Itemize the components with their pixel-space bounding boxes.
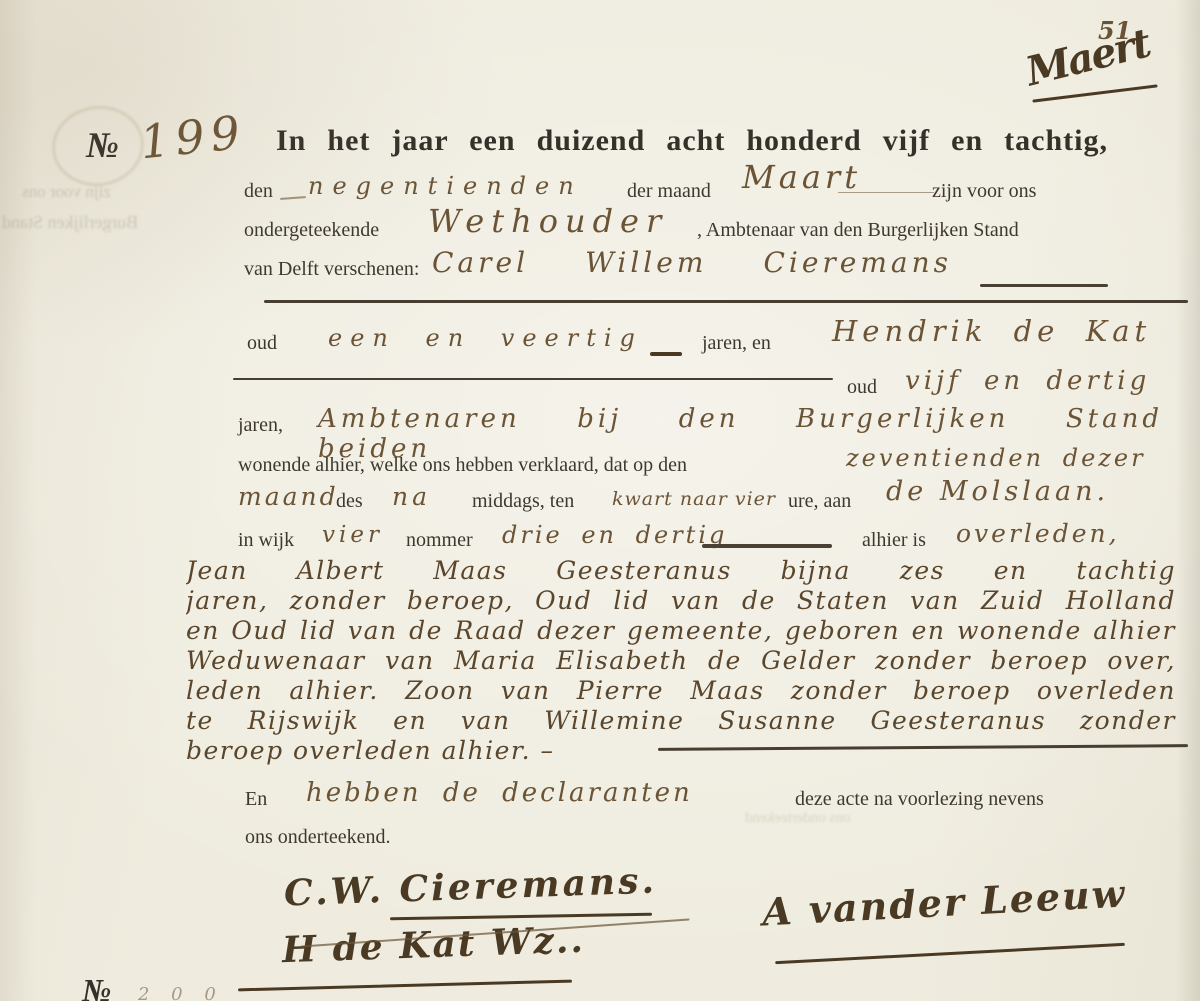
handwritten-time: kwart naar vier [612,488,776,510]
handwritten-housenumber: drie en dertig [502,521,727,549]
printed-text: wonende alhier, welke ons hebben verklaa… [238,454,687,477]
printed-text: oud [847,376,877,399]
next-record-number-symbol: № [82,972,111,1001]
record-number-value: 199 [137,105,248,170]
printed-text: middags, ten [472,490,574,513]
signature-underline [390,913,652,921]
printed-text: ondergeteekende [244,219,379,242]
printed-text: En [245,788,267,811]
death-certificate-page: zijn voor ons Burgerlijken Stand ons ond… [0,0,1200,1001]
deceased-line: Jean Albert Maas Geesteranus bijna zes e… [186,556,1176,586]
filler-dash [980,284,1108,287]
handwritten-day: negentienden [308,172,583,200]
handwritten-death-day: zeventienden dezer [846,444,1146,472]
handwritten-declarant2-name: Hendrik de Kat [832,314,1151,348]
printed-text: alhier is [862,529,926,552]
handwritten-word: maand [238,482,339,511]
handwritten-paraph: Maert [1021,20,1154,96]
filler-dash [702,544,832,548]
next-record-number-value: 2 0 0 [138,984,224,1001]
bleedthrough-text: zijn voor ons [22,182,111,202]
handwritten-closing: hebben de declaranten [306,778,693,808]
printed-text: ons onderteekend. [245,826,391,849]
handwritten-place: de Molslaan. [886,476,1109,507]
printed-text: jaren, en [702,332,771,355]
handwritten-wijk: vier [322,522,383,548]
handwritten-word: na [392,482,431,511]
handwritten-age1: een en veertig [328,324,643,352]
deceased-line: Weduwenaar van Maria Elisabeth de Gelder… [186,646,1176,676]
printed-text: des [336,490,363,513]
printed-text: jaren, [238,414,283,437]
section-rule [264,300,1188,303]
bleedthrough-text: Burgerlijken Stand [2,212,138,233]
printed-text: der maand [627,180,711,203]
section-rule [233,378,833,380]
printed-text: deze acte na voorlezing nevens [795,788,1044,811]
printed-text: zijn voor ons [932,180,1036,203]
handwritten-age2: vijf en dertig [905,366,1150,396]
deceased-line: beroep overleden alhier. – [186,736,1176,766]
signature-underline [775,943,1125,964]
signature-cieremans: C.W. Cieremans. [283,860,657,915]
pen-stroke [838,192,934,193]
deceased-line: jaren, zonder beroep, Oud lid van de Sta… [186,586,1176,616]
act-title: In het jaar een duizend acht honderd vij… [276,124,1108,158]
pen-stroke [280,196,306,200]
record-number-symbol: № [86,124,119,166]
signature-underline [238,980,572,992]
printed-text: in wijk [238,529,294,552]
bleedthrough-text: ons onderteekend [745,810,850,827]
deceased-line: leden alhier. Zoon van Pierre Maas zonde… [186,676,1176,706]
handwritten-overleden: overleden, [956,519,1120,548]
printed-text: van Delft verschenen: [244,258,419,281]
printed-text: den [244,180,273,203]
deceased-line: en Oud lid van de Raad dezer gemeente, g… [186,616,1176,646]
printed-text: oud [247,332,277,355]
handwritten-month: Maart [742,158,861,196]
handwritten-declarant1-name: Carel Willem Cieremans [432,246,952,279]
deceased-line: te Rijswijk en van Willemine Susanne Gee… [186,706,1176,736]
signature-van-der-leeuw: A vander Leeuw [761,870,1127,934]
handwritten-official-title: Wethouder [428,202,668,240]
printed-text: ure, aan [788,490,851,513]
filler-dash [650,352,682,356]
printed-text: nommer [406,529,473,552]
deceased-description-block: Jean Albert Maas Geesteranus bijna zes e… [186,556,1176,766]
printed-text: , Ambtenaar van den Burgerlijken Stand [697,219,1019,242]
